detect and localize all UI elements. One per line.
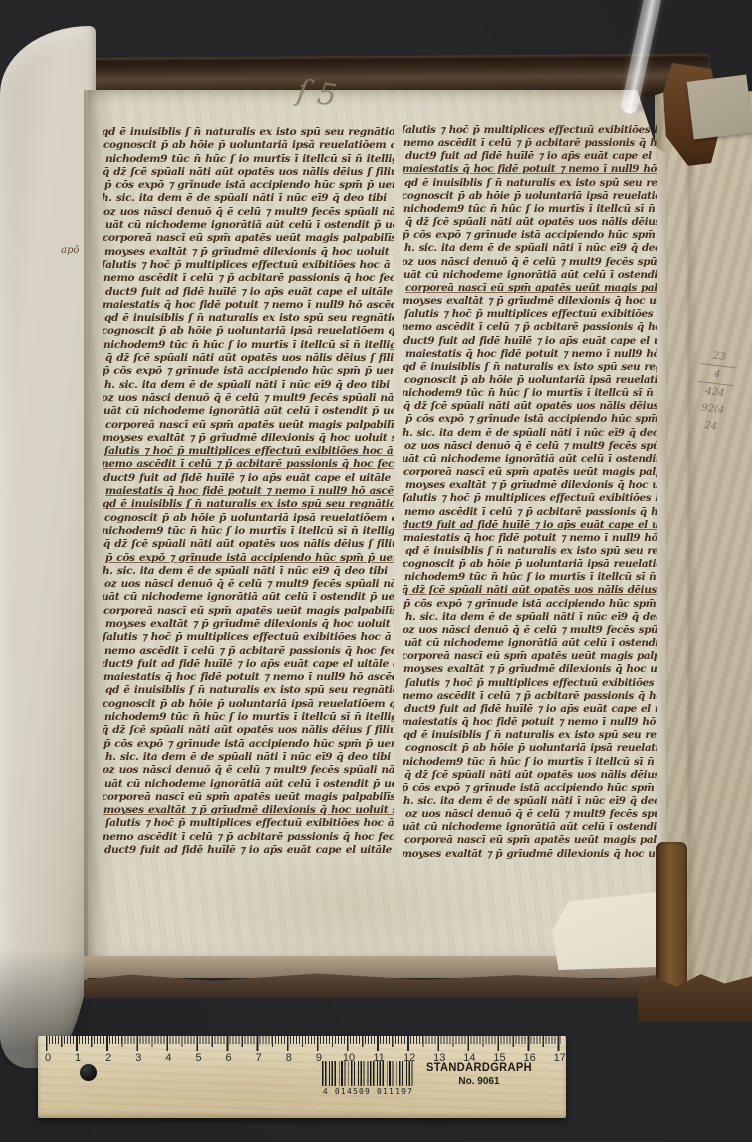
manuscript-text-line: cognoscit̄ p̄ ab hōie p̄ uoluntariā ipsā… <box>103 698 394 711</box>
manuscript-text-line: uāt cū nichodeme ignorātiā aūt celū ī os… <box>403 453 657 466</box>
barcode-bars <box>322 1061 414 1086</box>
manuscript-text-line: corporeā nascī eū spm̄ apatēs ueūt magis… <box>103 232 394 245</box>
manuscript-text-line: maiestatis q̄ hoc fidē potuit ⁊ nemo ī n… <box>403 532 657 545</box>
manuscript-text-line: moyses exaltāt ⁊ p̄ grīudmē dilexionis q… <box>403 848 657 861</box>
manuscript-text-line: q̄ dz̄ ſcē spūali nāti aūt opatēs uos nā… <box>405 216 657 229</box>
manuscript-text-line: corporeā nascī eū spm̄ apatēs ueūt magis… <box>403 466 657 479</box>
manuscript-photo: qd ē inuisiblis ſ n̄ naturalis ex isto s… <box>0 0 752 1142</box>
ruler-cm-label: 8 <box>286 1052 292 1064</box>
manuscript-text-line: ſalutis ⁊ hoc̄ p̄ multiplices effectuū e… <box>405 677 657 690</box>
manuscript-text-line: nemo ascēdit ī celū ⁊ p̄ acbitarē passio… <box>103 272 394 285</box>
manuscript-text-line: p̄ cōs expō ⁊ grīnude istā accipiendo hū… <box>104 179 394 192</box>
text-column-right: ſalutis ⁊ hoc̄ p̄ multiplices effectuū e… <box>403 124 657 864</box>
cover-parchment-tab <box>687 75 752 140</box>
left-page-stack-curl <box>0 26 96 1068</box>
manuscript-text-line: duct9 fuit ad fidē huīlē ⁊ io ap̄s euāt … <box>104 844 394 857</box>
manuscript-text-line: p̄ cōs expō ⁊ grīnude istā accipiendo hū… <box>403 782 657 795</box>
manuscript-text-line: moyses exaltāt ⁊ p̄ grīudmē dilexionis q… <box>403 295 657 308</box>
manuscript-text-line: h. sic. ita dem ē de spūali nāti ī nūc e… <box>404 242 657 255</box>
ruler-cm-label: 17 <box>554 1052 566 1064</box>
manuscript-text-line: duct9 fuit ad fidē huīlē ⁊ io ap̄s euāt … <box>103 658 394 671</box>
ruler: 01234567891011121314151617 4 014509 0111… <box>38 1036 566 1118</box>
black-dot-sticker <box>80 1064 97 1081</box>
manuscript-text-line: corporeā nascī eū spm̄ apatēs ueūt magis… <box>405 282 657 295</box>
manuscript-text-line: p̄ cōs expō ⁊ grīnude istā accipiendo hū… <box>105 552 394 565</box>
manuscript-text-line: corporeā nascī eū spm̄ apatēs ueūt magis… <box>404 834 657 847</box>
manuscript-text-line: h. sic. ita dem ē de spūali nāti ī nūc e… <box>405 611 657 624</box>
manuscript-text-line: duct9 fuit ad fidē huīlē ⁊ io ap̄s euāt … <box>105 286 394 299</box>
manuscript-text-line: cognoscit̄ p̄ ab hōie p̄ uoluntariā ipsā… <box>103 325 394 338</box>
manuscript-text-line: moyses exaltāt ⁊ p̄ grīudmē dilexionis q… <box>103 432 394 445</box>
manuscript-text-line: cognoscit̄ p̄ ab hōie p̄ uoluntariā ipsā… <box>405 742 657 755</box>
manuscript-text-line: cognoscit̄ p̄ ab hōie p̄ uoluntariā ipsā… <box>104 512 394 525</box>
manuscript-text-line: corporeā nascī eū spm̄ apatēs ueūt magis… <box>403 650 657 663</box>
manuscript-text-line: moyses exaltāt ⁊ p̄ grīudmē dilexionis q… <box>104 246 394 259</box>
manuscript-text-line: nemo ascēdit ī celū ⁊ p̄ acbitarē passio… <box>403 321 657 334</box>
manuscript-text-line: nemo ascēdit ī celū ⁊ p̄ acbitarē passio… <box>103 831 394 844</box>
manuscript-text-line: oz uos nāsci denuō q̄ ē celū ⁊ mult9 fec… <box>405 808 657 821</box>
brand-model: No. 9061 <box>412 1076 546 1087</box>
manuscript-text-line: oz uos nāsci denuō q̄ ē celū ⁊ mult9 fec… <box>403 624 657 637</box>
manuscript-text-line: q̄ dz̄ ſcē spūali nāti aūt opatēs uos nā… <box>103 166 394 179</box>
manuscript-text-line: h. sic. ita dem ē de spūali nāti ī nūc e… <box>103 192 394 205</box>
manuscript-text-line: h. sic. ita dem ē de spūali nāti ī nūc e… <box>104 379 394 392</box>
manuscript-text-line: maiestatis q̄ hoc fidē potuit ⁊ nemo ī n… <box>103 299 394 312</box>
manuscript-text-line: nemo ascēdit ī celū ⁊ p̄ acbitarē passio… <box>403 690 657 703</box>
manuscript-text-line: nichodem9 tūc n̄ hūc ſ io murtīs ī itell… <box>104 711 394 724</box>
manuscript-text-line: oz uos nāsci denuō q̄ ē celū ⁊ mult9 fec… <box>103 206 394 219</box>
manuscript-text-line: ſalutis ⁊ hoc̄ p̄ multiplices effectuū e… <box>403 492 657 505</box>
manuscript-text-line: maiestatis q̄ hoc fidē potuit ⁊ nemo ī n… <box>103 671 394 684</box>
manuscript-text-line: ſalutis ⁊ hoc̄ p̄ multiplices effectuū e… <box>103 259 394 272</box>
manuscript-text-line: nemo ascēdit ī celū ⁊ p̄ acbitarē passio… <box>404 506 657 519</box>
ruler-cm-label: 6 <box>226 1052 232 1064</box>
margin-note: apō <box>61 245 79 256</box>
manuscript-text-line: moyses exaltāt ⁊ p̄ grīudmē dilexionis q… <box>103 804 394 817</box>
manuscript-text-line: duct9 fuit ad fidē huīlē ⁊ io ap̄s euāt … <box>103 472 394 485</box>
manuscript-text-line: cognoscit̄ p̄ ab hōie p̄ uoluntariā ipsā… <box>103 139 394 152</box>
manuscript-text-line: qd ē inuisiblis ſ n̄ naturalis ex isto s… <box>404 177 657 190</box>
folio-number-annotation: ſ 5 <box>295 73 340 114</box>
manuscript-text-line: cognoscit̄ p̄ ab hōie p̄ uoluntariā ipsā… <box>404 374 657 387</box>
manuscript-text-line: uāt cū nichodeme ignorātiā aūt celū ī os… <box>104 778 394 791</box>
manuscript-text-line: nichodem9 tūc n̄ hūc ſ io murtīs ī itell… <box>103 525 394 538</box>
manuscript-text-line: q̄ dz̄ ſcē spūali nāti aūt opatēs uos nā… <box>103 538 394 551</box>
ruler-cm-label: 0 <box>45 1052 51 1064</box>
manuscript-text-line: duct9 fuit ad fidē huīlē ⁊ io ap̄s euāt … <box>405 150 657 163</box>
manuscript-text-line: ſalutis ⁊ hoc̄ p̄ multiplices effectuū e… <box>105 817 394 830</box>
ruler-cm-label: 4 <box>165 1052 171 1064</box>
manuscript-text-line: nemo ascēdit ī celū ⁊ p̄ acbitarē passio… <box>103 458 394 471</box>
manuscript-text-line: uāt cū nichodeme ignorātiā aūt celū ī os… <box>404 637 657 650</box>
manuscript-text-line: ſalutis ⁊ hoc̄ p̄ multiplices effectuū e… <box>104 445 394 458</box>
ruler-cm-label: 3 <box>135 1052 141 1064</box>
manuscript-text-line: moyses exaltāt ⁊ p̄ grīudmē dilexionis q… <box>403 663 657 676</box>
manuscript-text-line: uāt cū nichodeme ignorātiā aūt celū ī os… <box>103 405 394 418</box>
manuscript-text-line: p̄ cōs expō ⁊ grīnude istā accipiendo hū… <box>403 598 657 611</box>
manuscript-text-line: nichodem9 tūc n̄ hūc ſ io murtīs ī itell… <box>403 387 657 400</box>
manuscript-text-line: p̄ cōs expō ⁊ grīnude istā accipiendo hū… <box>103 738 394 751</box>
manuscript-text-line: nichodem9 tūc n̄ hūc ſ io murtīs ī itell… <box>404 571 657 584</box>
manuscript-text-line: nemo ascēdit ī celū ⁊ p̄ acbitarē passio… <box>104 645 394 658</box>
manuscript-text-line: ſalutis ⁊ hoc̄ p̄ multiplices effectuū e… <box>404 308 657 321</box>
manuscript-text-line: oz uos nāsci denuō q̄ ē celū ⁊ mult9 fec… <box>104 578 394 591</box>
manuscript-text-line: oz uos nāsci denuō q̄ ē celū ⁊ mult9 fec… <box>103 764 394 777</box>
manuscript-text-line: maiestatis q̄ hoc fidē potuit ⁊ nemo ī n… <box>405 348 657 361</box>
manuscript-text-line: maiestatis q̄ hoc fidē potuit ⁊ nemo ī n… <box>403 716 657 729</box>
ruler-cm-label: 7 <box>256 1052 262 1064</box>
manuscript-text-line: nemo ascēdit ī celū ⁊ p̄ acbitarē passio… <box>403 137 657 150</box>
barcode-digits: 4 014509 011197 <box>320 1087 416 1096</box>
manuscript-text-line: nichodem9 tūc n̄ hūc ſ io murtīs ī itell… <box>103 339 394 352</box>
manuscript-text-line: maiestatis q̄ hoc fidē potuit ⁊ nemo ī n… <box>403 163 657 176</box>
manuscript-text-line: p̄ cōs expō ⁊ grīnude istā accipiendo hū… <box>403 229 657 242</box>
brand-name: STANDARDGRAPH <box>415 1062 544 1074</box>
manuscript-text-line: ſalutis ⁊ hoc̄ p̄ multiplices effectuū e… <box>403 124 657 137</box>
manuscript-text-line: h. sic. ita dem ē de spūali nāti ī nūc e… <box>403 795 657 808</box>
manuscript-text-line: corporeā nascī eū spm̄ apatēs ueūt magis… <box>103 791 394 804</box>
manuscript-text-line: duct9 fuit ad fidē huīlē ⁊ io ap̄s euāt … <box>403 519 657 532</box>
manuscript-text-line: p̄ cōs expō ⁊ grīnude istā accipiendo hū… <box>103 365 394 378</box>
ruler-brand: STANDARDGRAPH No. 9061 <box>412 1062 546 1087</box>
manuscript-text-line: nichodem9 tūc n̄ hūc ſ io murtīs ī itell… <box>403 756 657 769</box>
manuscript-text-line: ſalutis ⁊ hoc̄ p̄ multiplices effectuū e… <box>103 631 394 644</box>
manuscript-text-line: uāt cū nichodeme ignorātiā aūt celū ī os… <box>403 269 657 282</box>
manuscript-text-line: qd ē inuisiblis ſ n̄ naturalis ex isto s… <box>403 729 657 742</box>
manuscript-text-line: corporeā nascī eū spm̄ apatēs ueūt magis… <box>103 605 394 618</box>
manuscript-text-line: oz uos nāsci denuō q̄ ē celū ⁊ mult9 fec… <box>404 440 657 453</box>
manuscript-text-line: h. sic. ita dem ē de spūali nāti ī nūc e… <box>105 751 394 764</box>
manuscript-text-line: q̄ dz̄ ſcē spūali nāti aūt opatēs uos nā… <box>105 352 394 365</box>
ruler-cm-label: 2 <box>105 1052 111 1064</box>
paper-repair-patch <box>552 892 662 970</box>
manuscript-text-line: qd ē inuisiblis ſ n̄ naturalis ex isto s… <box>105 684 394 697</box>
manuscript-text-line: oz uos nāsci denuō q̄ ē celū ⁊ mult9 fec… <box>103 392 394 405</box>
manuscript-text-line: h. sic. ita dem ē de spūali nāti ī nūc e… <box>103 565 394 578</box>
manuscript-text-line: cognoscit̄ p̄ ab hōie p̄ uoluntariā ipsā… <box>403 190 657 203</box>
ruler-cm-ticks <box>46 1036 562 1051</box>
manuscript-text-line: nichodem9 tūc n̄ hūc ſ io murtīs ī itell… <box>105 153 394 166</box>
manuscript-text-line: moyses exaltāt ⁊ p̄ grīudmē dilexionis q… <box>105 618 394 631</box>
manuscript-text-line: duct9 fuit ad fidē huīlē ⁊ io ap̄s euāt … <box>404 703 657 716</box>
text-column-left: qd ē inuisiblis ſ n̄ naturalis ex isto s… <box>103 126 394 867</box>
manuscript-text-line: q̄ dz̄ ſcē spūali nāti aūt opatēs uos nā… <box>404 769 657 782</box>
manuscript-text-line: corporeā nascī eū spm̄ apatēs ueūt magis… <box>105 419 394 432</box>
manuscript-text-line: uāt cū nichodeme ignorātiā aūt celū ī os… <box>403 821 657 834</box>
manuscript-text-line: q̄ dz̄ ſcē spūali nāti aūt opatēs uos nā… <box>403 400 657 413</box>
manuscript-text-line: p̄ cōs expō ⁊ grīnude istā accipiendo hū… <box>405 413 657 426</box>
barcode: 4 014509 011197 <box>320 1061 416 1101</box>
manuscript-text-line: moyses exaltāt ⁊ p̄ grīudmē dilexionis q… <box>405 479 657 492</box>
manuscript-text-line: qd ē inuisiblis ſ n̄ naturalis ex isto s… <box>405 545 657 558</box>
manuscript-text-line: nichodem9 tūc n̄ hūc ſ io murtīs ī itell… <box>403 203 657 216</box>
manuscript-text-line: q̄ dz̄ ſcē spūali nāti aūt opatēs uos nā… <box>403 584 657 597</box>
manuscript-text-line: uāt cū nichodeme ignorātiā aūt celū ī os… <box>105 219 394 232</box>
manuscript-text-line: qd ē inuisiblis ſ n̄ naturalis ex isto s… <box>103 498 394 511</box>
manuscript-text-line: duct9 fuit ad fidē huīlē ⁊ io ap̄s euāt … <box>403 335 657 348</box>
manuscript-text-line: q̄ dz̄ ſcē spūali nāti aūt opatēs uos nā… <box>103 724 394 737</box>
manuscript-text-line: uāt cū nichodeme ignorātiā aūt celū ī os… <box>103 591 394 604</box>
manuscript-text-line: oz uos nāsci denuō q̄ ē celū ⁊ mult9 fec… <box>403 256 657 269</box>
manuscript-text-line: qd ē inuisiblis ſ n̄ naturalis ex isto s… <box>403 361 657 374</box>
manuscript-text-line: qd ē inuisiblis ſ n̄ naturalis ex isto s… <box>104 312 394 325</box>
manuscript-text-line: qd ē inuisiblis ſ n̄ naturalis ex isto s… <box>103 126 394 139</box>
ruler-cm-label: 5 <box>195 1052 201 1064</box>
ruler-cm-label: 1 <box>75 1052 81 1064</box>
manuscript-text-line: h. sic. ita dem ē de spūali nāti ī nūc e… <box>403 427 657 440</box>
manuscript-text-line: maiestatis q̄ hoc fidē potuit ⁊ nemo ī n… <box>105 485 394 498</box>
manuscript-text-line: cognoscit̄ p̄ ab hōie p̄ uoluntariā ipsā… <box>403 558 657 571</box>
